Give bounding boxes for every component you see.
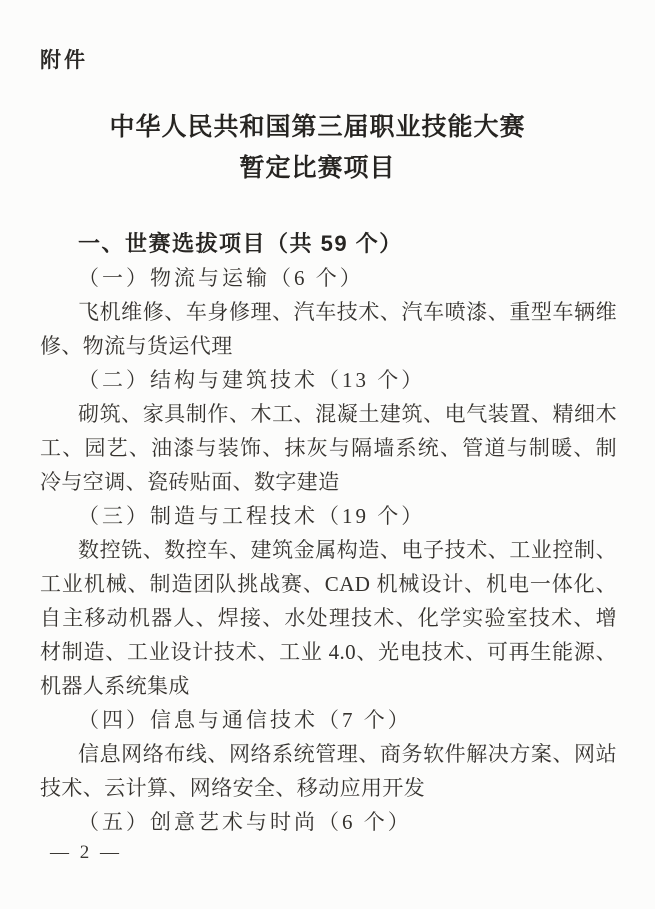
page-number: — 2 —	[50, 842, 122, 864]
attachment-label: 附件	[40, 44, 88, 74]
document-title: 中华人民共和国第三届职业技能大赛 暂定比赛项目	[40, 107, 595, 189]
category-items: 信息网络布线、网络系统管理、商务软件解决方案、网站技术、云计算、网络安全、移动应…	[40, 737, 617, 805]
title-line-1: 中华人民共和国第三届职业技能大赛	[40, 107, 595, 148]
document-body: 一、世赛选拔项目（共 59 个） （一）物流与运输（6 个） 飞机维修、车身修理…	[40, 227, 617, 839]
category-items: 飞机维修、车身修理、汽车技术、汽车喷漆、重型车辆维修、物流与货运代理	[40, 295, 617, 363]
category-heading: （四）信息与通信技术（7 个）	[40, 703, 617, 737]
category-heading: （三）制造与工程技术（19 个）	[40, 499, 617, 533]
category-items: 砌筑、家具制作、木工、混凝土建筑、电气装置、精细木工、园艺、油漆与装饰、抹灰与隔…	[40, 397, 617, 499]
category-construction-building: （二）结构与建筑技术（13 个） 砌筑、家具制作、木工、混凝土建筑、电气装置、精…	[40, 363, 617, 499]
category-creative-arts-fashion: （五）创意艺术与时尚（6 个）	[40, 805, 617, 839]
title-line-2: 暂定比赛项目	[40, 148, 595, 189]
category-information-communication: （四）信息与通信技术（7 个） 信息网络布线、网络系统管理、商务软件解决方案、网…	[40, 703, 617, 805]
category-heading: （二）结构与建筑技术（13 个）	[40, 363, 617, 397]
section-heading-world-skills-selection: 一、世赛选拔项目（共 59 个）	[40, 227, 617, 261]
category-heading: （五）创意艺术与时尚（6 个）	[40, 805, 617, 839]
document-page: 附件 中华人民共和国第三届职业技能大赛 暂定比赛项目 一、世赛选拔项目（共 59…	[0, 0, 655, 909]
category-heading: （一）物流与运输（6 个）	[40, 261, 617, 295]
category-logistics-transport: （一）物流与运输（6 个） 飞机维修、车身修理、汽车技术、汽车喷漆、重型车辆维修…	[40, 261, 617, 363]
category-items: 数控铣、数控车、建筑金属构造、电子技术、工业控制、工业机械、制造团队挑战赛、CA…	[40, 533, 617, 703]
category-manufacturing-engineering: （三）制造与工程技术（19 个） 数控铣、数控车、建筑金属构造、电子技术、工业控…	[40, 499, 617, 703]
